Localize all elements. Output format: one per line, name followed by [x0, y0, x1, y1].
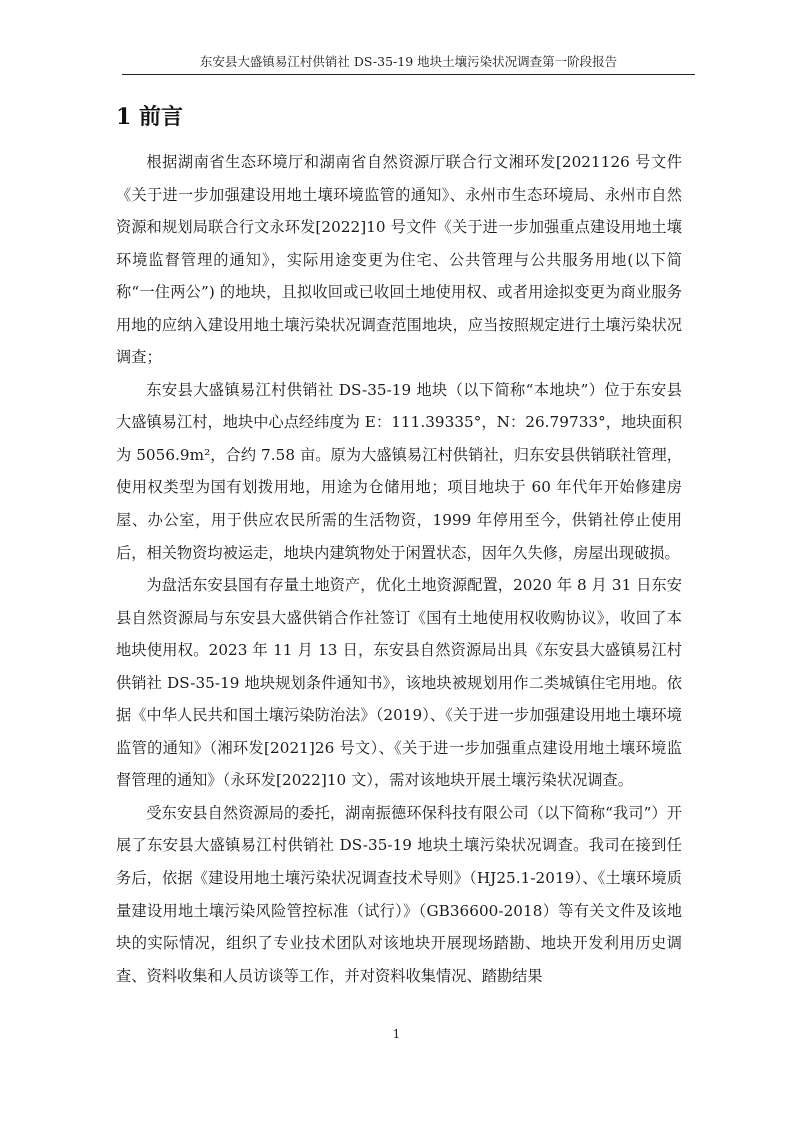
paragraph-policy-basis: 根据湖南省生态环境厅和湖南省自然资源厅联合行文湘环发[2021126 号文件《关… [116, 146, 682, 374]
paragraph-site-overview: 东安县大盛镇易江村供销社 DS-35-19 地块（以下简称“本地块”）位于东安县… [116, 374, 682, 569]
body-text: 根据湖南省生态环境厅和湖南省自然资源厅联合行文湘环发[2021126 号文件《关… [116, 146, 682, 992]
paragraph-land-acquisition: 为盘活东安县国有存量土地资产，优化土地资源配置，2020 年 8 月 31 日东… [116, 569, 682, 797]
section-title: 1 前言 [116, 102, 183, 132]
running-header: 东安县大盛镇易江村供销社 DS-35-19 地块土壤污染状况调查第一阶段报告 [122, 54, 695, 70]
page-number: 1 [0, 1027, 793, 1041]
header-divider [122, 74, 695, 75]
paragraph-investigation-commission: 受东安县自然资源局的委托，湖南振德环保科技有限公司（以下简称“我司”）开展了东安… [116, 797, 682, 992]
